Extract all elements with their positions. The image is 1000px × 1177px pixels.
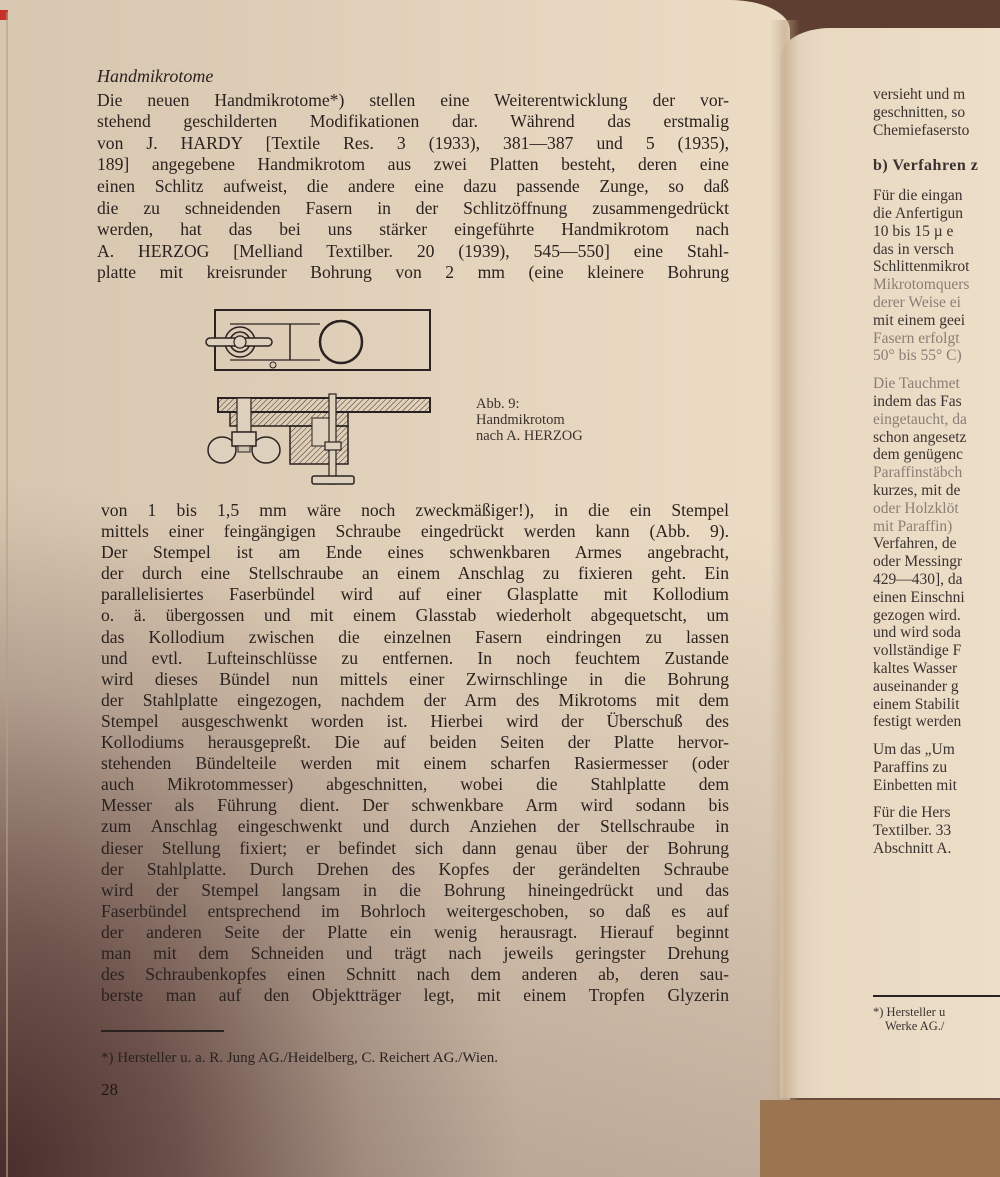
- text-line: auseinander g: [873, 678, 1000, 696]
- text-line: Für die Hers: [873, 804, 1000, 822]
- text-line: 10 bis 15 µ e: [873, 223, 1000, 241]
- text-line: festigt werden: [873, 713, 1000, 731]
- text-line: Um das „Um: [873, 741, 1000, 759]
- figure-label: Abb. 9:: [476, 396, 583, 412]
- text-line: mit einem geei: [873, 312, 1000, 330]
- text-line: stehenden Bündelteile werden mit einem s…: [101, 753, 729, 774]
- text-line: mittels einer feingängigen Schraube eing…: [101, 521, 729, 542]
- text-line: der Stahlplatte. Durch Drehen des Kopfes…: [101, 859, 729, 880]
- text-line: stehend geschilderten Modifikationen dar…: [97, 111, 729, 133]
- text-line: und evtl. Lufteinschlüsse zu entfernen. …: [101, 648, 729, 669]
- hand-microtome-diagram-icon: [200, 302, 640, 487]
- text-line: berste man auf den Objektträger legt, mi…: [101, 985, 729, 1006]
- text-line: der anderen Seite der Platte ein wenig h…: [101, 922, 729, 943]
- text-line: dem genügenc: [873, 446, 1000, 464]
- footnote-line: *) Hersteller u: [873, 1005, 945, 1019]
- section-heading: Handmikrotome: [97, 66, 729, 88]
- text-line: Der Stempel ist am Ende eines schwenkbar…: [101, 542, 729, 563]
- text-line: Kollodiums herausgepreßt. Die auf beiden…: [101, 732, 729, 753]
- left-page-text-block: Handmikrotome Die neuen Handmikrotome*) …: [97, 66, 729, 284]
- text-line: Für die eingan: [873, 187, 1000, 205]
- text-line: geschnitten, so: [873, 104, 1000, 122]
- text-line: das Kollodium zwischen die einzelnen Fas…: [101, 627, 729, 648]
- book-cover-bottom: [760, 1100, 1000, 1177]
- text-line: versieht und m: [873, 86, 1000, 104]
- text-line: der Stahlplatte eingezogen, nachdem der …: [101, 690, 729, 711]
- text-line: oder Messingr: [873, 553, 1000, 571]
- footnote-divider: [873, 995, 1000, 997]
- text-line: gezogen wird.: [873, 607, 1000, 625]
- footnote-divider: [101, 1030, 224, 1032]
- text-line: der durch eine Stellschraube an einem An…: [101, 563, 729, 584]
- text-line: Messer als Führung dient. Der schwenkbar…: [101, 795, 729, 816]
- figure-caption: Abb. 9: Handmikrotom nach A. HERZOG: [476, 396, 583, 444]
- figure-caption-line: nach A. HERZOG: [476, 428, 583, 444]
- text-line: die Anfertigun: [873, 205, 1000, 223]
- text-line: vollständige F: [873, 642, 1000, 660]
- text-line: kaltes Wasser: [873, 660, 1000, 678]
- text-line: die zu schneidenden Fasern in der Schlit…: [97, 198, 729, 220]
- text-line: einen Einschni: [873, 589, 1000, 607]
- text-line: man mit dem Schneiden und trägt nach jew…: [101, 943, 729, 964]
- page-edge: [6, 12, 8, 1177]
- text-line: werden, hat das bei uns stärker eingefüh…: [97, 219, 729, 241]
- text-line: Mikrotomquers: [873, 276, 1000, 294]
- text-line: Stempel ausgeschwenkt worden ist. Hierbe…: [101, 711, 729, 732]
- text-line: Chemiefasersto: [873, 122, 1000, 140]
- microtome-figure: [200, 302, 640, 487]
- text-line: Verfahren, de: [873, 535, 1000, 553]
- text-line: wird dieses Bündel nun mittels einer Zwi…: [101, 669, 729, 690]
- text-line: und wird soda: [873, 624, 1000, 642]
- text-line: parallelisiertes Faserbündel wird auf ei…: [101, 584, 729, 605]
- section-heading: b) Verfahren z: [873, 157, 1000, 175]
- text-line: von 1 bis 1,5 mm wäre noch zweckmäßiger!…: [101, 500, 729, 521]
- left-page-paragraph-2: von 1 bis 1,5 mm wäre noch zweckmäßiger!…: [101, 500, 729, 1006]
- text-line: 429—430], da: [873, 571, 1000, 589]
- text-line: Die neuen Handmikrotome*) stellen eine W…: [97, 90, 729, 112]
- page-number: 28: [101, 1080, 118, 1100]
- text-line: derer Weise ei: [873, 294, 1000, 312]
- book-gutter: [770, 20, 800, 1110]
- text-line: A. HERZOG [Melliand Textilber. 20 (1939)…: [97, 241, 729, 263]
- text-line: mit Paraffin): [873, 518, 1000, 536]
- text-line: dieser Stellung fixiert; er befindet sic…: [101, 838, 729, 859]
- text-line: zum Anschlag eingeschwenkt und durch Anz…: [101, 816, 729, 837]
- footnote: *) Hersteller u. a. R. Jung AG./Heidelbe…: [101, 1050, 498, 1067]
- text-line: 189] angegebene Handmikrotom aus zwei Pl…: [97, 154, 729, 176]
- text-line: Abschnitt A.: [873, 840, 1000, 858]
- text-line: von J. HARDY [Textile Res. 3 (1933), 381…: [97, 133, 729, 155]
- footnote-line: Werke AG./: [873, 1019, 945, 1033]
- text-line: Schlittenmikrot: [873, 258, 1000, 276]
- right-page-text-block: versieht und m geschnitten, so Chemiefas…: [873, 86, 1000, 858]
- text-line: 50° bis 55° C): [873, 347, 1000, 365]
- text-line: o. ä. übergossen und mit einem Glasstab …: [101, 605, 729, 626]
- text-line: einem Stabilit: [873, 696, 1000, 714]
- text-line: auch Mikrotommesser) abgeschnitten, wobe…: [101, 774, 729, 795]
- text-line: Einbetten mit: [873, 777, 1000, 795]
- text-line: wird der Stempel langsam in die Bohrung …: [101, 880, 729, 901]
- figure-caption-line: Handmikrotom: [476, 412, 583, 428]
- text-line: das in versch: [873, 241, 1000, 259]
- text-line: Textilber. 33: [873, 822, 1000, 840]
- text-line: Paraffinstäbch: [873, 464, 1000, 482]
- text-line: schon angesetz: [873, 429, 1000, 447]
- text-line: oder Holzklöt: [873, 500, 1000, 518]
- text-line: Paraffins zu: [873, 759, 1000, 777]
- text-line: einen Schlitz aufweist, die andere eine …: [97, 176, 729, 198]
- text-line: Die Tauchmet: [873, 375, 1000, 393]
- footnote: *) Hersteller u Werke AG./: [873, 1005, 945, 1033]
- text-line: eingetaucht, da: [873, 411, 1000, 429]
- text-line: Faserbündel entsprechend im Bohrloch wei…: [101, 901, 729, 922]
- text-line: indem das Fas: [873, 393, 1000, 411]
- text-line: platte mit kreisrunder Bohrung von 2 mm …: [97, 262, 729, 284]
- text-line: des Schraubenkopfes einen Schnitt nach d…: [101, 964, 729, 985]
- text-line: kurzes, mit de: [873, 482, 1000, 500]
- text-line: Fasern erfolgt: [873, 330, 1000, 348]
